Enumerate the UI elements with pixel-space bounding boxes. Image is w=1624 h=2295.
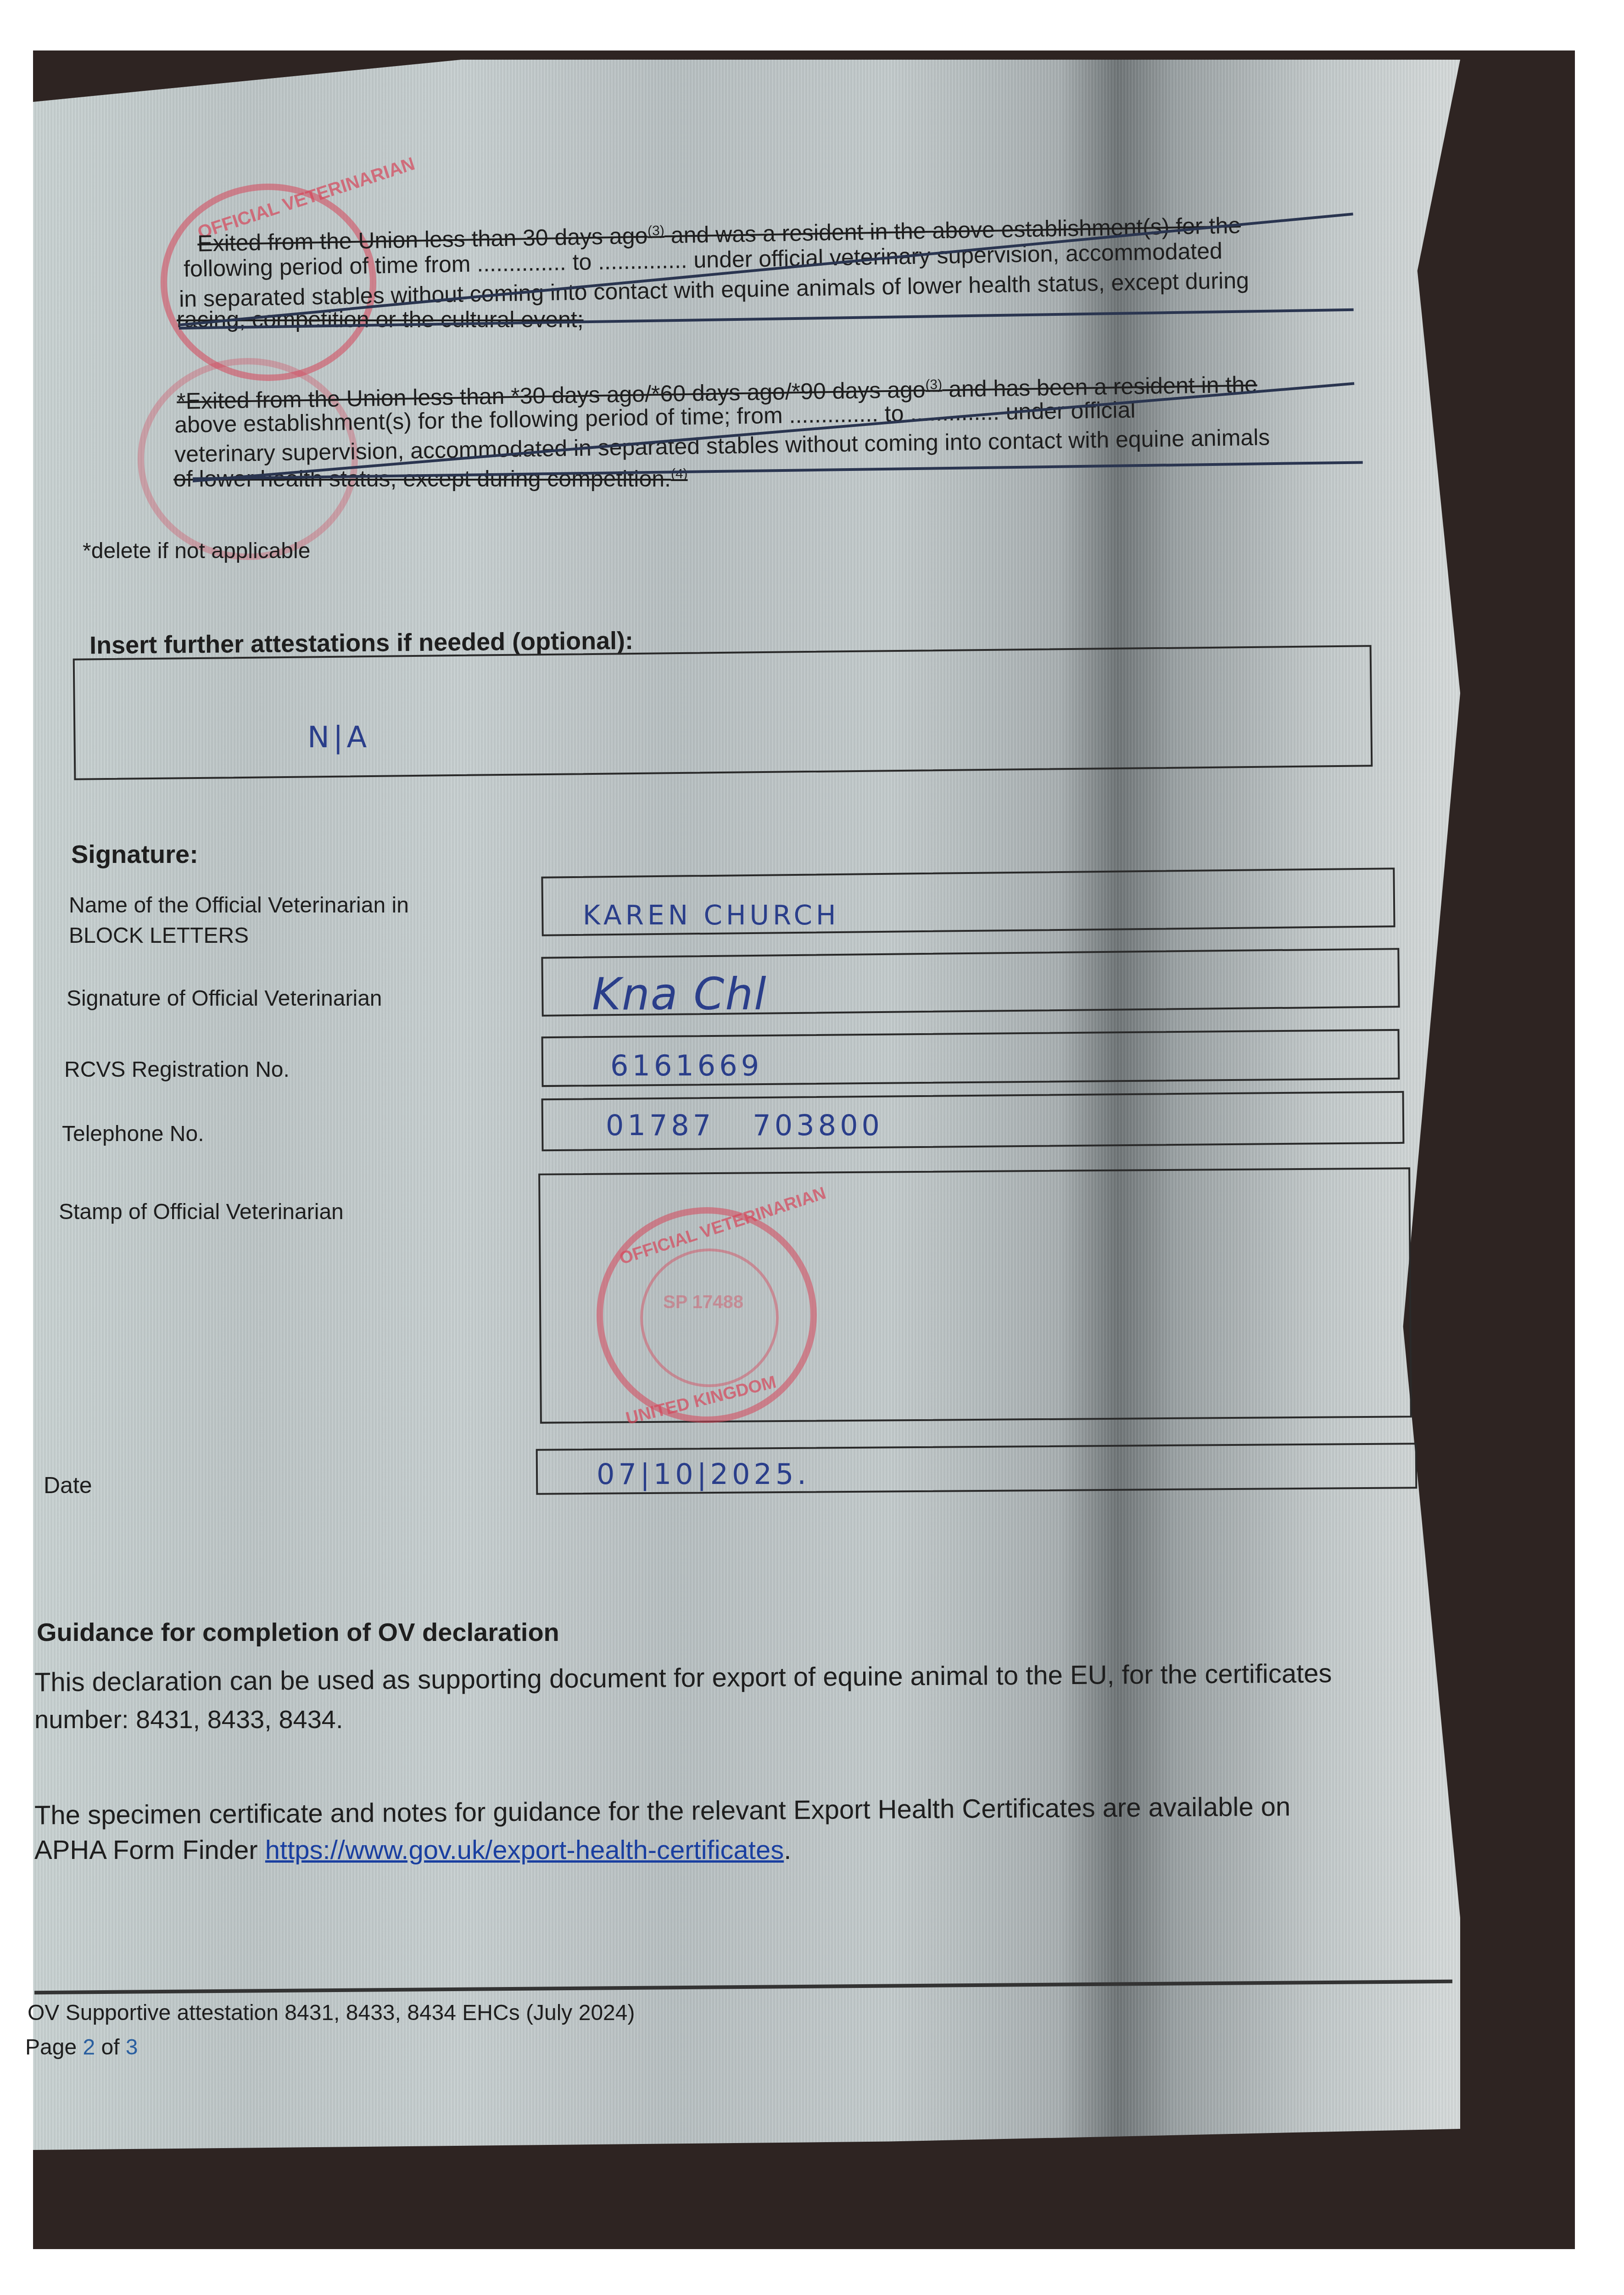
further-attestations-field[interactable] <box>73 645 1373 780</box>
export-health-certificates-link[interactable]: https://www.gov.uk/export-health-certifi… <box>265 1835 784 1865</box>
guidance-para1-line2: number: 8431, 8433, 8434. <box>34 1705 343 1734</box>
rcvs-value: 6161669 <box>610 1049 763 1082</box>
ov-signature-label: Signature of Official Veterinarian <box>67 985 382 1013</box>
ov-name-value: KAREN CHURCH <box>583 900 840 931</box>
stamp-seal-center-text: SP 17488 <box>663 1292 743 1313</box>
footer-page-number: Page 2 of 3 <box>25 2033 138 2062</box>
delete-note: *delete if not applicable <box>83 537 310 565</box>
further-attestations-value: N|A <box>307 721 370 755</box>
date-label: Date <box>44 1471 92 1500</box>
guidance-para1-line1: This declaration can be used as supporti… <box>34 1659 1332 1697</box>
ov-name-label: Name of the Official Veterinarian in BLO… <box>69 890 409 951</box>
guidance-heading: Guidance for completion of OV declaratio… <box>37 1618 559 1646</box>
ov-signature-value: Kna Chl <box>592 968 767 1020</box>
footer-divider <box>34 1980 1452 1994</box>
stamp-inner-ring <box>640 1248 779 1387</box>
telephone-value: 01787 703800 <box>606 1108 883 1142</box>
signature-heading: Signature: <box>71 840 198 868</box>
guidance-para2-line2: APHA Form Finder https://www.gov.uk/expo… <box>34 1836 791 1864</box>
rcvs-label: RCVS Registration No. <box>64 1056 290 1084</box>
date-value: 07|10|2025. <box>597 1457 810 1491</box>
document-page: OFFICIAL VETERINARIAN Exited from the Un… <box>0 0 1624 2295</box>
telephone-label: Telephone No. <box>62 1120 204 1148</box>
stamp-label: Stamp of Official Veterinarian <box>59 1198 344 1226</box>
guidance-para2-line1: The specimen certificate and notes for g… <box>34 1792 1291 1830</box>
footer-doc-ref: OV Supportive attestation 8431, 8433, 84… <box>28 1999 635 2027</box>
